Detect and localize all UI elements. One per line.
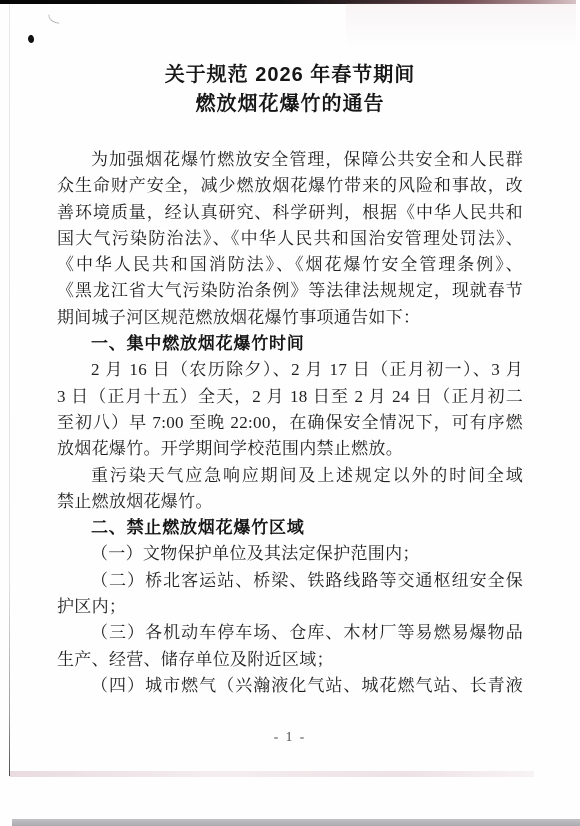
page-number: - 1 -: [0, 729, 580, 745]
text-line: 生产、经营、储存单位及附近区域；: [57, 647, 523, 673]
text-line: 禁止燃放烟花爆竹。: [57, 489, 523, 515]
text-line: 为加强烟花爆竹燃放安全管理，保障公共安全和人民群: [57, 147, 523, 173]
notice-title: 关于规范 2026 年春节期间 燃放烟花爆竹的通告: [0, 61, 580, 119]
scanned-notice-page: 关于规范 2026 年春节期间 燃放烟花爆竹的通告 为加强烟花爆竹燃放安全管理，…: [0, 0, 580, 826]
scan-tint-artifact: [346, 3, 576, 49]
text-line: 3 日（正月十五）全天，2 月 18 日至 2 月 24 日（正月初二: [57, 384, 523, 410]
section-heading: 一、集中燃放烟花爆竹时间: [57, 331, 523, 357]
text-line: 《黑龙江省大气污染防治条例》等法律法规规定，现就春节: [57, 278, 523, 304]
pen-mark: [48, 14, 61, 24]
text-line: （三）各机动车停车场、仓库、木材厂等易燃易爆物品: [57, 620, 523, 646]
text-line: （二）桥北客运站、桥梁、铁路线路等交通枢纽安全保: [57, 568, 523, 594]
notice-body: 为加强烟花爆竹燃放安全管理，保障公共安全和人民群众生命财产安全，减少燃放烟花爆竹…: [57, 147, 523, 699]
notice-title-line-1: 关于规范 2026 年春节期间: [0, 61, 580, 90]
scan-edge-artifact: [0, 0, 576, 4]
page-bottom-edge: [10, 771, 534, 777]
text-line: （四）城市燃气（兴瀚液化气站、城花燃气站、长青液: [57, 673, 523, 699]
text-line: 2 月 16 日（农历除夕）、2 月 17 日（正月初一）、3 月: [57, 357, 523, 383]
text-line: 《中华人民共和国消防法》、《烟花爆竹安全管理条例》、: [57, 252, 523, 278]
text-line: 重污染天气应急响应期间及上述规定以外的时间全域: [57, 463, 523, 489]
text-line: 众生命财产安全，减少燃放烟花爆竹带来的风险和事故，改: [57, 173, 523, 199]
text-line: 护区内；: [57, 594, 523, 620]
ink-blot: [27, 34, 35, 43]
notice-title-line-2: 燃放烟花爆竹的通告: [0, 90, 580, 119]
text-line: （一）文物保护单位及其法定保护范围内；: [57, 541, 523, 567]
text-line: 放烟花爆竹。开学期间学校范围内禁止燃放。: [57, 436, 523, 462]
scanner-background-strip: [12, 819, 580, 826]
text-line: 善环境质量，经认真研究、科学研判，根据《中华人民共和: [57, 200, 523, 226]
page-edge-shadow: [9, 4, 10, 776]
text-line: 至初八）早 7:00 至晚 22:00，在确保安全情况下，可有序燃: [57, 410, 523, 436]
text-line: 国大气污染防治法》、《中华人民共和国治安管理处罚法》、: [57, 226, 523, 252]
text-line: 期间城子河区规范燃放烟花爆竹事项通告如下：: [57, 305, 523, 331]
section-heading: 二、禁止燃放烟花爆竹区域: [57, 515, 523, 541]
